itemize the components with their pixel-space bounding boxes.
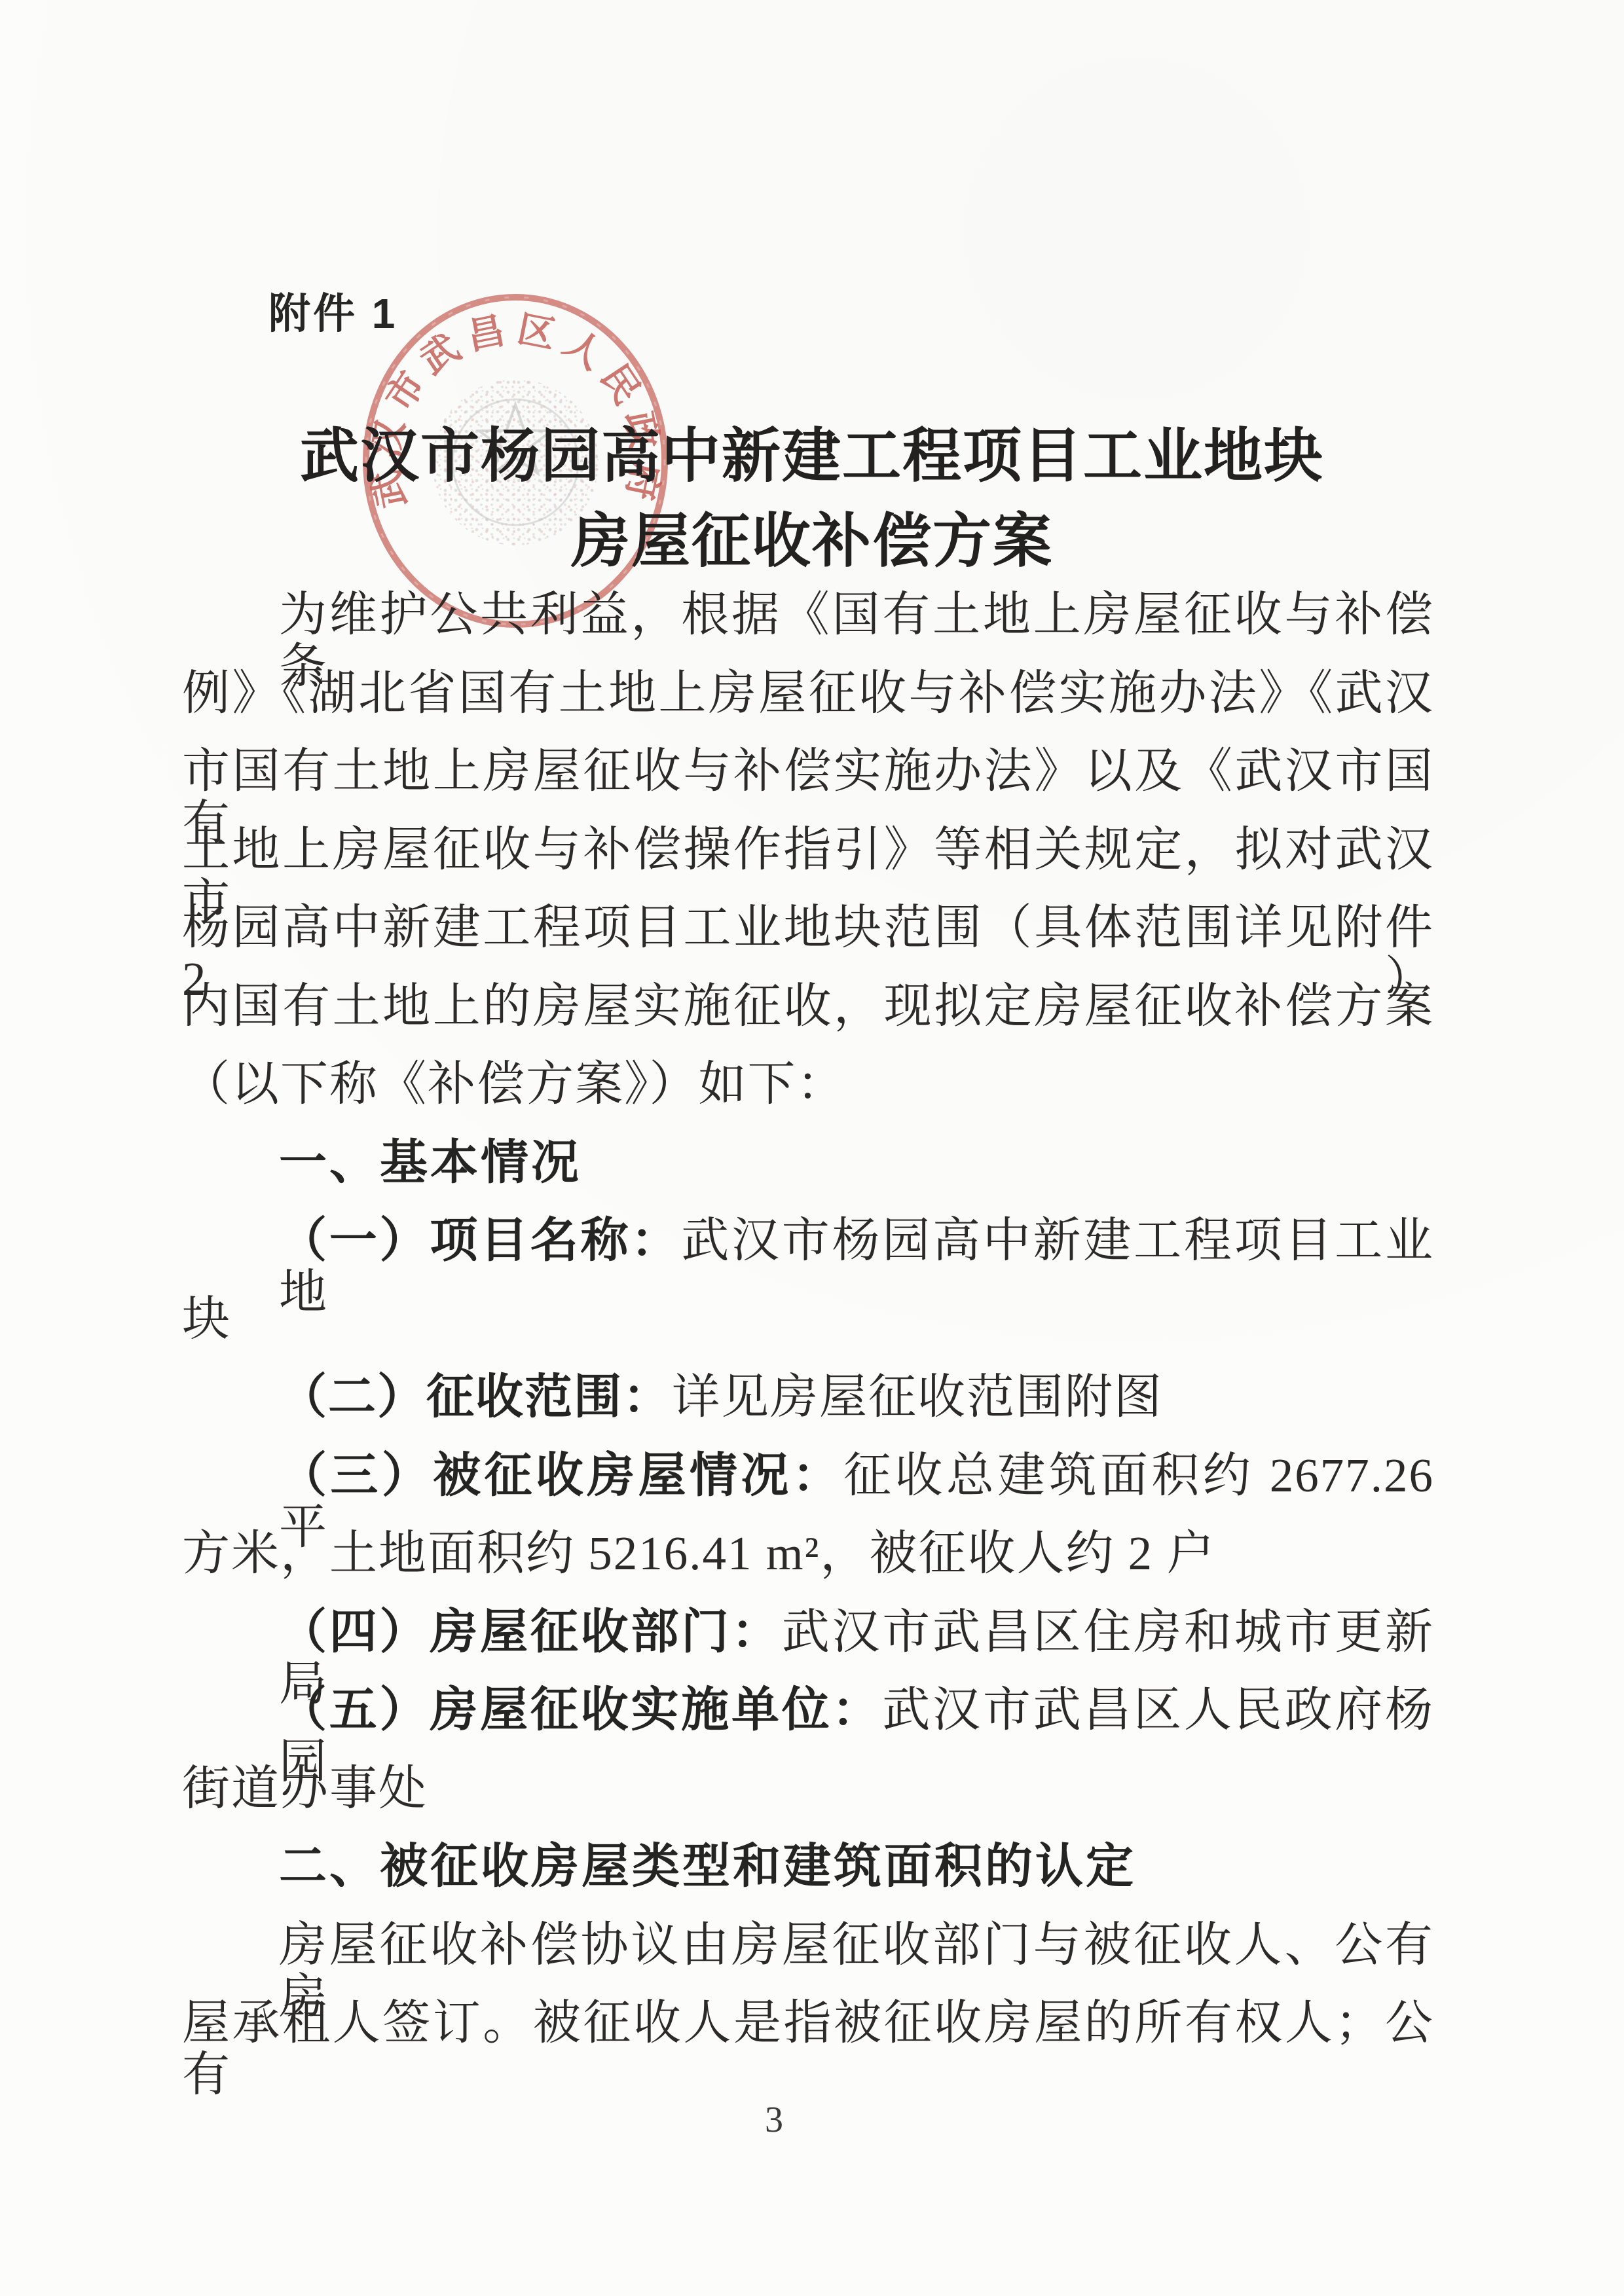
body-line-text: 一、基本情况 [279,1136,581,1189]
page-number: 3 [765,2099,783,2141]
body-line-label: （二）征收范围： [279,1370,672,1423]
body-line-text: 例》《湖北省国有土地上房屋征收与补偿实施办法》《武汉 [182,666,1434,720]
body-line: 内国有土地上的房屋实施征收，现拟定房屋征收补偿方案 [182,981,1434,1032]
body-line-label: （五）房屋征收实施单位： [279,1683,882,1736]
body-line-text: 方米，土地面积约 5216.41 m²，被征收人约 2 户 [182,1527,1215,1580]
body-line: 方米，土地面积约 5216.41 m²，被征收人约 2 户 [182,1528,1434,1580]
body-line: 例》《湖北省国有土地上房屋征收与补偿实施办法》《武汉 [182,668,1434,720]
body-line: 街道办事处 [182,1763,1434,1815]
body-line-text: 街道办事处 [182,1762,428,1815]
document-body: 为维护公共利益，根据《国有土地上房屋征收与补偿条例》《湖北省国有土地上房屋征收与… [0,0,1624,2296]
body-line: （以下称《补偿方案》）如下： [182,1059,1434,1110]
body-line-text: 块 [182,1292,231,1345]
body-line-label: （一）项目名称： [279,1214,681,1267]
body-line-text: 详见房屋征收范围附图 [672,1370,1163,1423]
body-line-label: （四）房屋征收部门： [279,1605,782,1658]
body-line: 块 [182,1294,1434,1345]
body-line-text: 二、被征收房屋类型和建筑面积的认定 [279,1840,1136,1893]
body-line: （二）征收范围：详见房屋征收范围附图 [182,1372,1434,1423]
body-line-label: （三）被征收房屋情况： [279,1449,843,1502]
section-heading: 二、被征收房屋类型和建筑面积的认定 [182,1841,1434,1893]
body-line-text: 内国有土地上的房屋实施征收，现拟定房屋征收补偿方案 [182,979,1434,1032]
body-line-text: （以下称《补偿方案》）如下： [182,1057,846,1110]
body-line: 屋承租人签订。被征收人是指被征收房屋的所有权人；公有 [182,1997,1434,2101]
body-line-text: 屋承租人签订。被征收人是指被征收房屋的所有权人；公有 [182,1996,1434,2101]
document-page: 武汉市武昌区人民政府 附件 1 武汉市杨园高中新建工程项目工业地块 房屋征收补偿… [0,0,1624,2296]
section-heading: 一、基本情况 [182,1137,1434,1189]
